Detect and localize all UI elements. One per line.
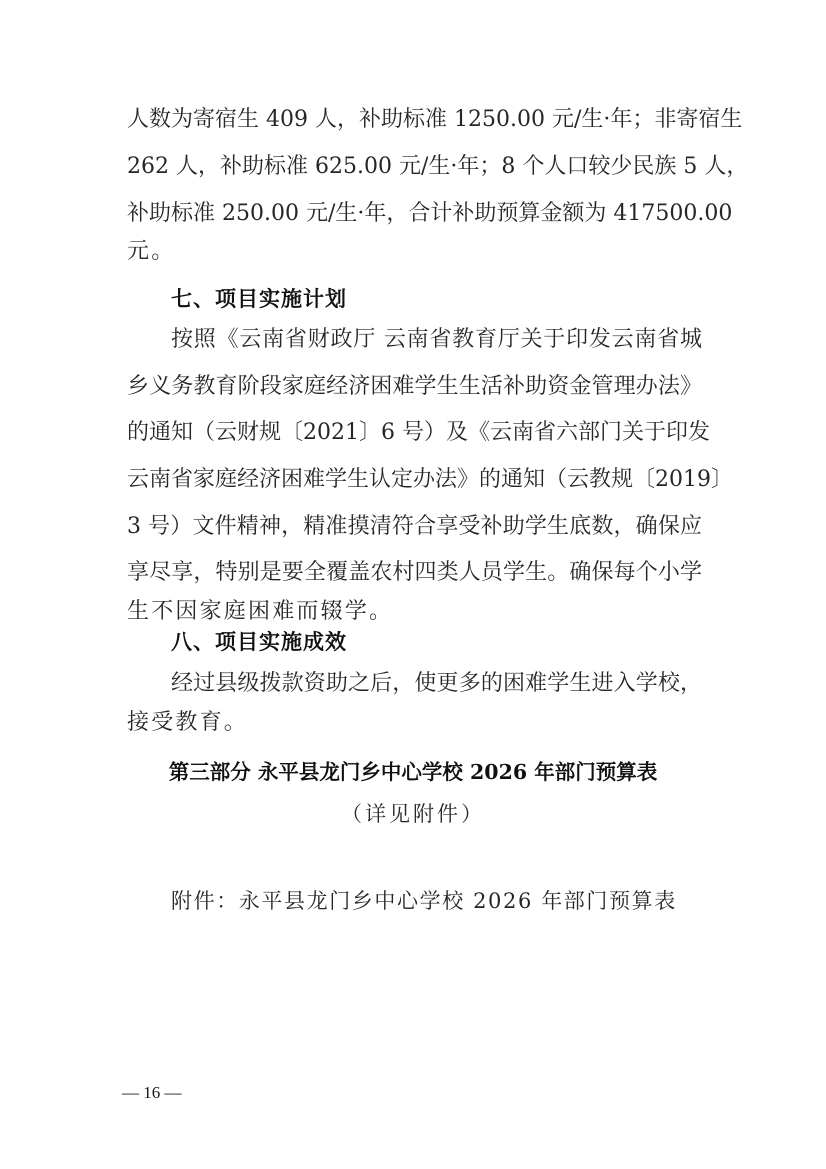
paragraph-line: 接受教育。 xyxy=(127,708,702,738)
paragraph-line: 补助标准 250.00 元/生·年，合计补助预算金额为 417500.00 xyxy=(127,199,702,229)
page-number: — 16 — xyxy=(122,1082,182,1104)
paragraph-line: 的通知（云财规〔2021〕6 号）及《云南省六部门关于印发 xyxy=(127,418,702,448)
section8-heading: 八、项目实施成效 xyxy=(171,627,347,657)
paragraph-line: 经过县级拨款资助之后，使更多的困难学生进入学校， xyxy=(171,669,702,699)
paragraph-line: 3 号）文件精神，精准摸清符合享受补助学生底数，确保应 xyxy=(127,512,702,542)
part3-title: 第三部分 永平县龙门乡中心学校 2026 年部门预算表 xyxy=(0,757,826,787)
section7-heading: 七、项目实施计划 xyxy=(171,284,347,314)
paragraph-line: 生不因家庭困难而辍学。 xyxy=(127,597,702,627)
attachment-reference: 附件：永平县龙门乡中心学校 2026 年部门预算表 xyxy=(171,886,677,916)
paragraph-line: 享尽享，特别是要全覆盖农村四类人员学生。确保每个小学 xyxy=(127,558,702,588)
paragraph-line: 人数为寄宿生 409 人，补助标准 1250.00 元/生·年；非寄宿生 xyxy=(127,105,702,135)
part3-note: （详见附件） xyxy=(0,799,826,829)
document-page: 人数为寄宿生 409 人，补助标准 1250.00 元/生·年；非寄宿生 262… xyxy=(0,0,826,1169)
paragraph-line: 乡义务教育阶段家庭经济困难学生生活补助资金管理办法》 xyxy=(127,372,702,402)
paragraph-line: 云南省家庭经济困难学生认定办法》的通知（云教规〔2019〕 xyxy=(127,465,702,495)
paragraph-line: 262 人，补助标准 625.00 元/生·年；8 个人口较少民族 5 人， xyxy=(127,152,702,182)
paragraph-line: 按照《云南省财政厅 云南省教育厅关于印发云南省城 xyxy=(171,325,702,355)
paragraph-line: 元。 xyxy=(127,237,702,267)
